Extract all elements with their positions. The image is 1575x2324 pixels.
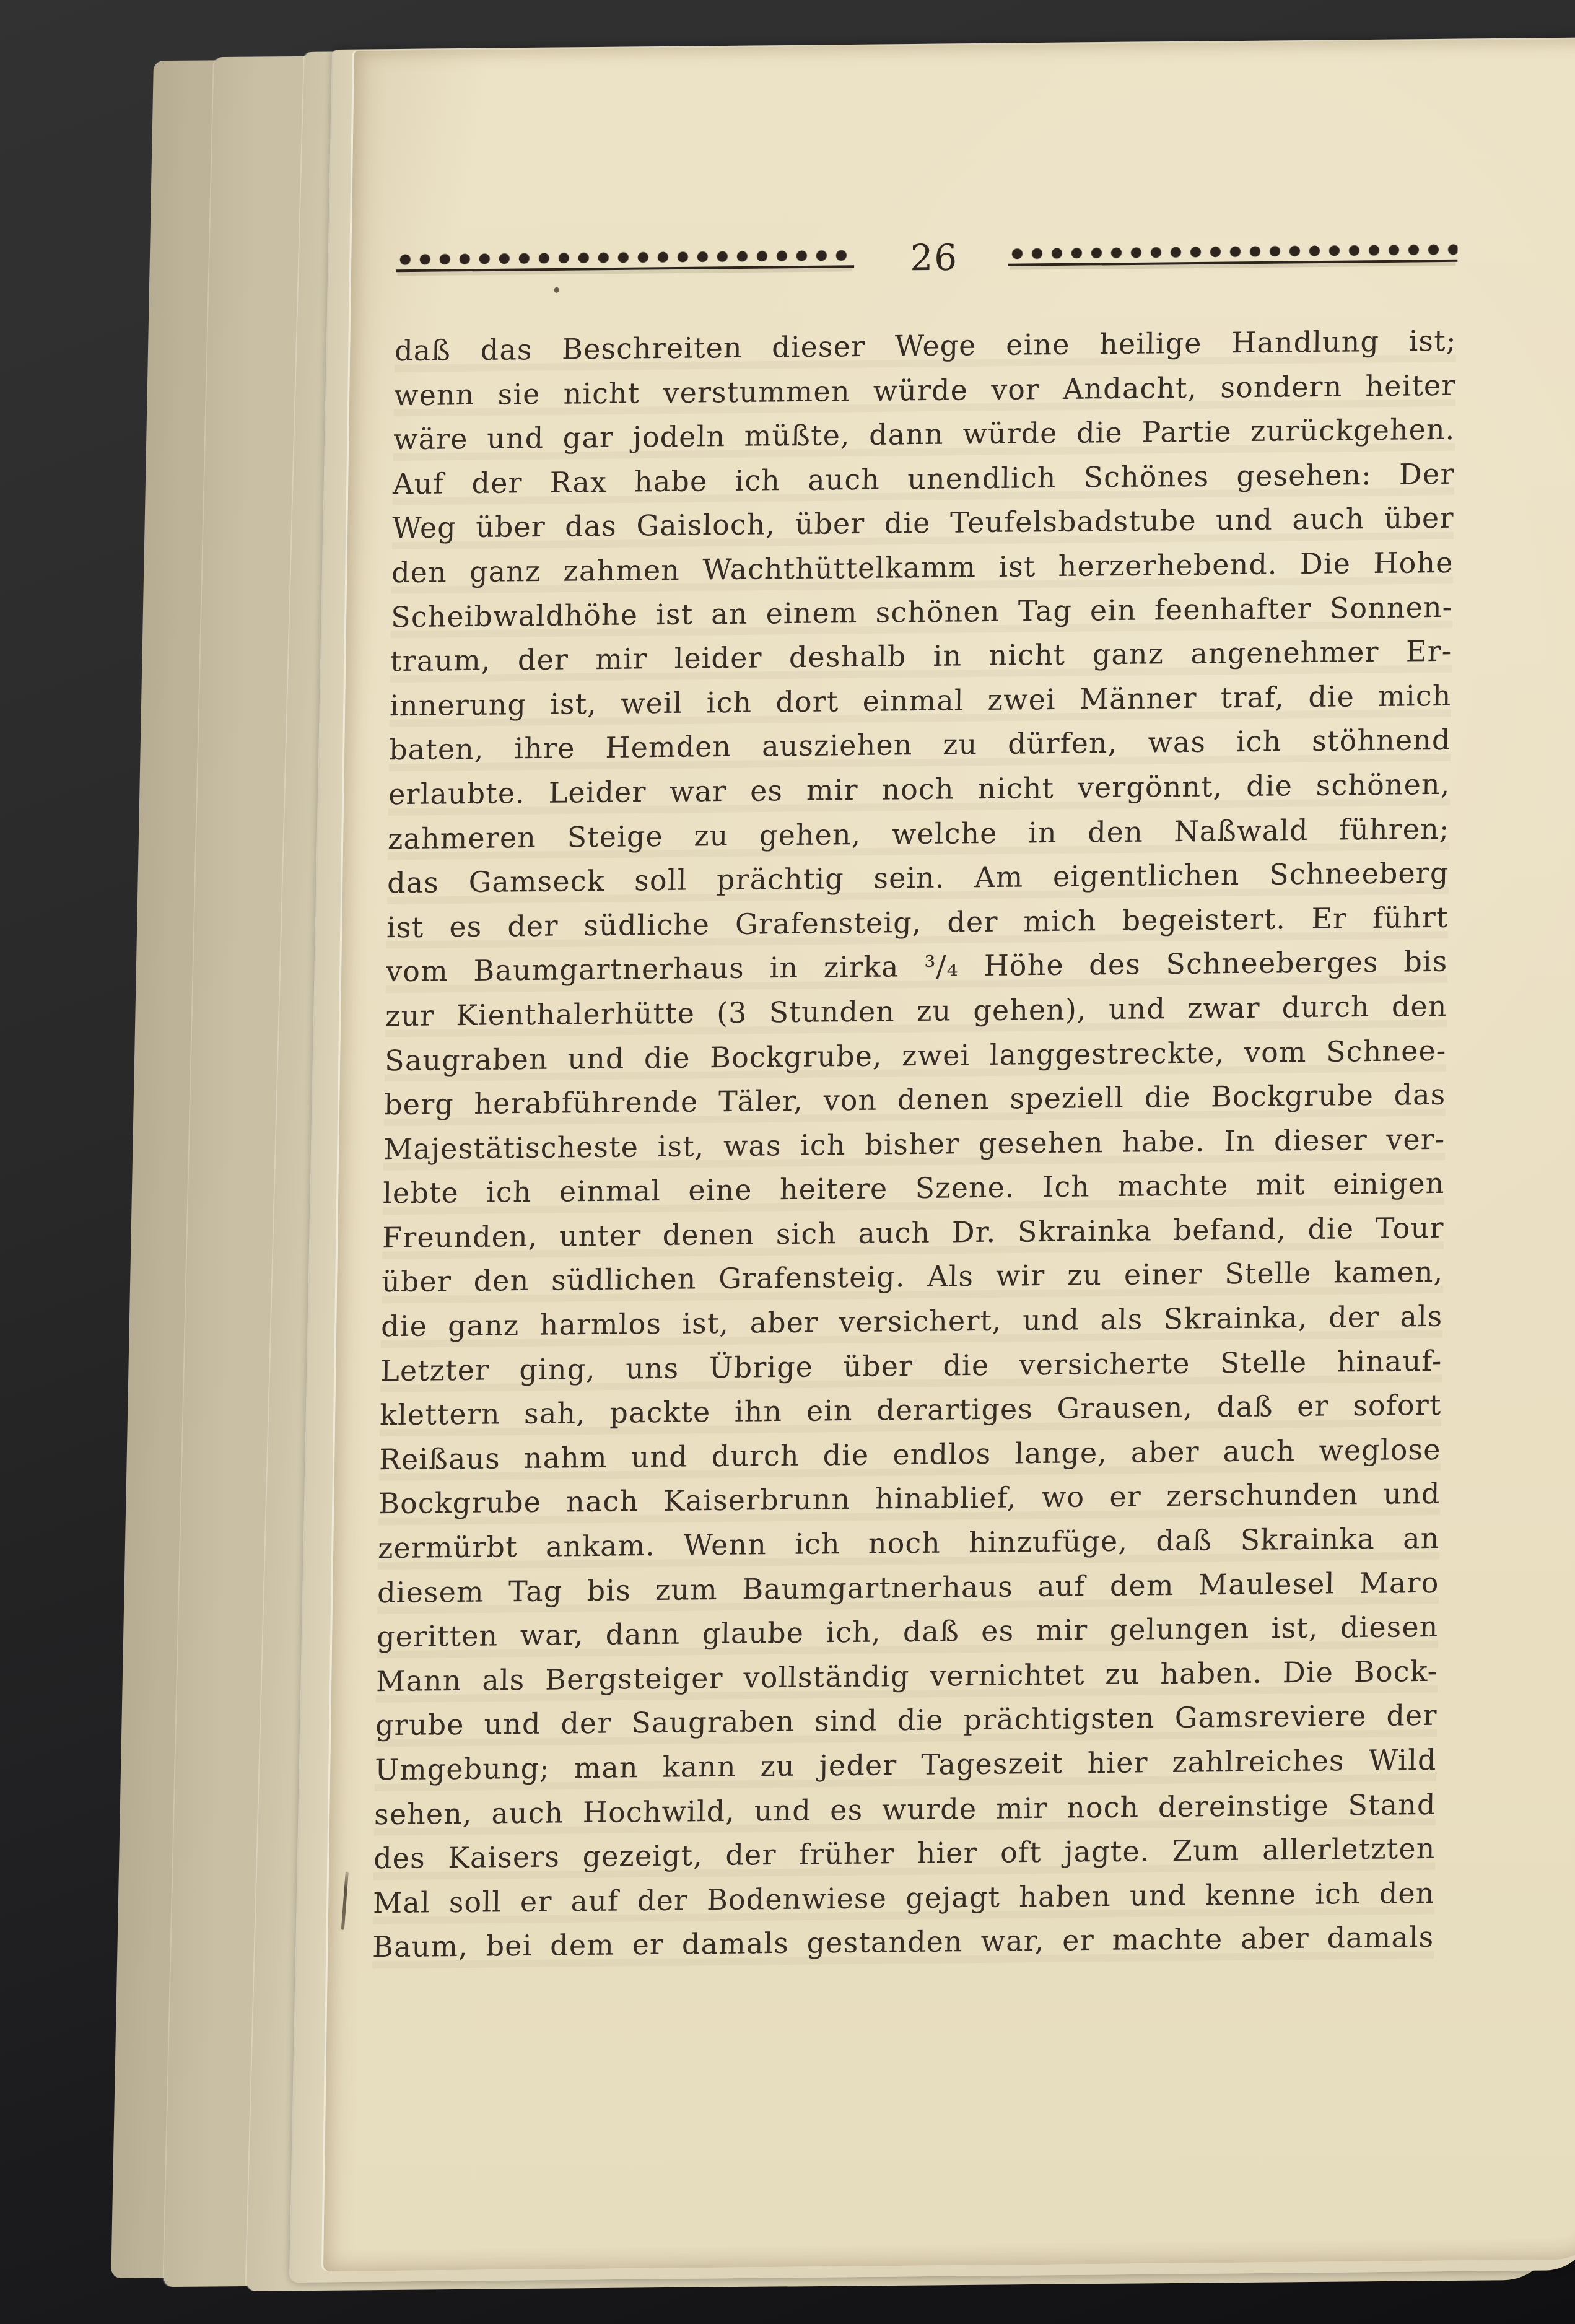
- text-line: Baum, bei dem er damals gestanden war, e…: [372, 1915, 1434, 1970]
- body-text: daß das Beschreiten dieser Wege eine hei…: [372, 319, 1457, 1970]
- ink-speck: [554, 287, 559, 293]
- drop-chain-ornament-left: [396, 249, 855, 272]
- book-page: 26 daß das Beschreiten dieser Wege eine …: [323, 38, 1575, 2271]
- drop-chain-ornament-right: [1008, 243, 1458, 266]
- page-header: 26: [396, 243, 1458, 289]
- page-content: 26 daß das Beschreiten dieser Wege eine …: [372, 40, 1461, 1970]
- page-number: 26: [888, 239, 981, 276]
- pencil-margin-mark: [341, 1872, 349, 1930]
